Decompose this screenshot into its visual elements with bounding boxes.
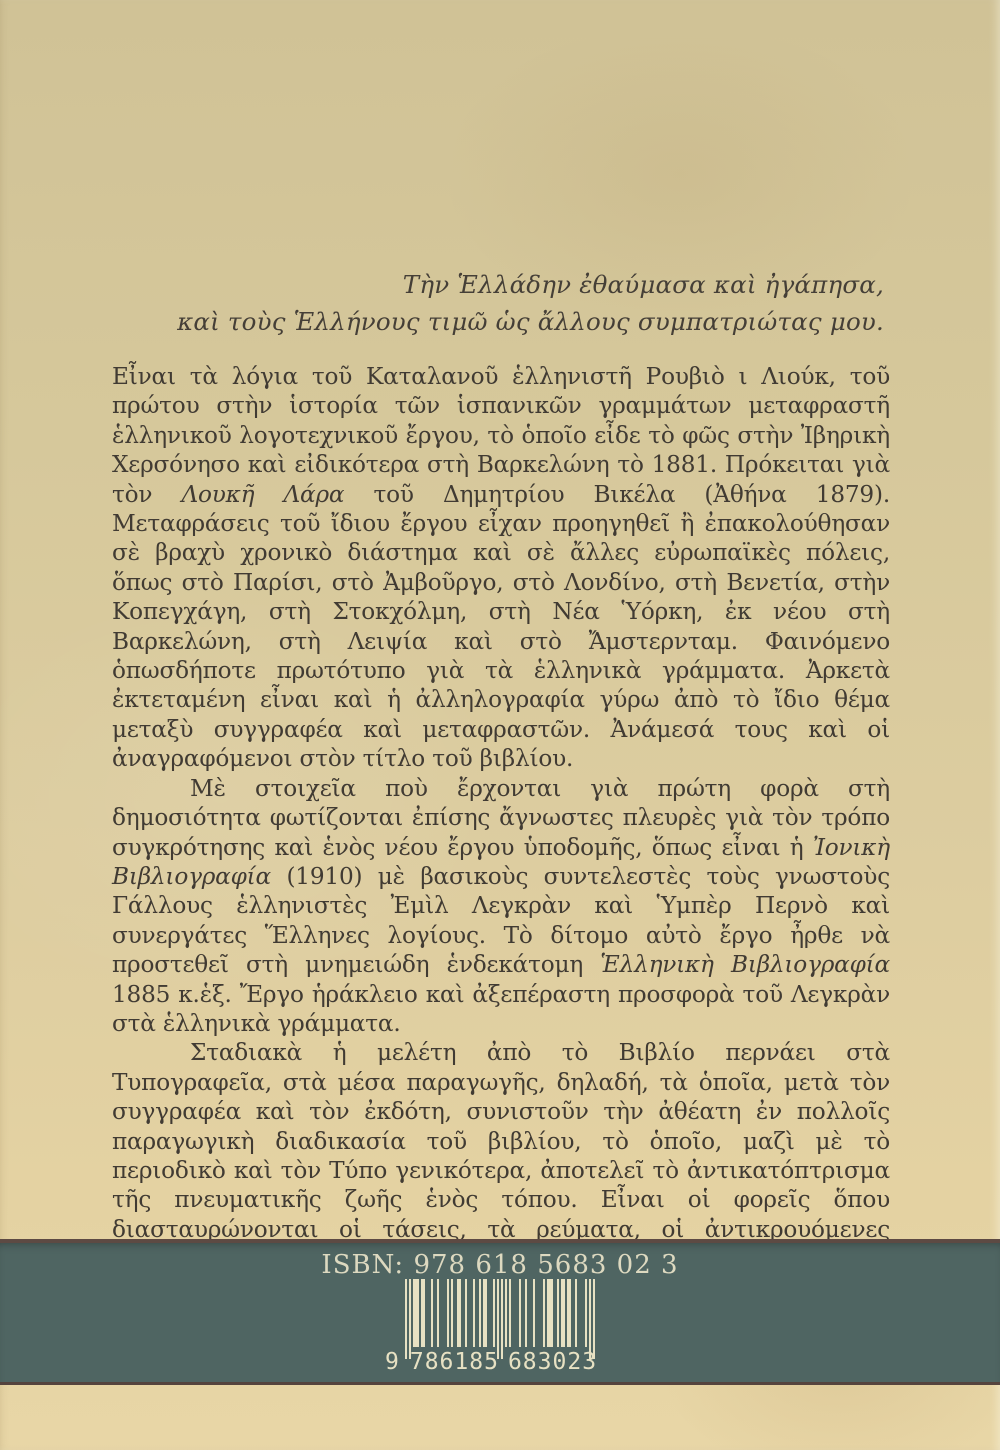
paragraph: Εἶναι τὰ λόγια τοῦ Καταλανοῦ ἑλληνιστῆ Ρ… — [112, 362, 890, 774]
barcode-bar — [519, 1279, 521, 1347]
epigraph-line-2: καὶ τοὺς Ἑλλήνους τιμῶ ὡς ἄλλους συμπατρ… — [120, 303, 884, 340]
barcode-digits-left: 786185 — [410, 1347, 499, 1377]
barcode-bar — [459, 1279, 461, 1347]
text-run: 1885 κ.ἑξ. Ἔργο ἡράκλειο καὶ ἀξεπέραστη … — [112, 981, 890, 1037]
barcode-digit-first: 9 — [385, 1347, 400, 1377]
epigraph-line-1: Τὴν Ἑλλάδην ἐθαύμασα καὶ ἠγάπησα, — [120, 266, 884, 303]
barcode-digits: 9 786185 683023 — [385, 1347, 615, 1377]
isbn-band: ISBN: 978 618 5683 02 3 9 786185 683023 — [0, 1239, 1000, 1385]
barcode-bar — [525, 1279, 527, 1347]
barcode-bar — [533, 1279, 535, 1347]
barcode-bar — [509, 1279, 511, 1347]
barcode-bar — [551, 1279, 553, 1347]
barcode-bar — [465, 1279, 467, 1347]
barcode-bar — [437, 1279, 439, 1347]
body-text: Εἶναι τὰ λόγια τοῦ Καταλανοῦ ἑλληνιστῆ Ρ… — [112, 362, 890, 1303]
barcode-bar — [585, 1279, 587, 1347]
barcode-bar — [417, 1279, 419, 1347]
text-run: τοῦ Δημητρίου Βικέλα (Ἀθήνα 1879). Μεταφ… — [112, 481, 890, 773]
barcode-bar — [505, 1279, 507, 1347]
barcode-bar — [423, 1279, 425, 1347]
barcode-bar — [569, 1279, 571, 1347]
barcode-bar — [473, 1279, 475, 1347]
barcode-bar — [447, 1279, 449, 1347]
barcode-bar — [563, 1279, 565, 1347]
epigraph: Τὴν Ἑλλάδην ἐθαύμασα καὶ ἠγάπησα, καὶ το… — [120, 266, 884, 340]
book-title-italic: Λουκῆ Λάρα — [181, 481, 344, 508]
paragraph: Μὲ στοιχεῖα ποὺ ἔρχονται γιὰ πρώτη φορὰ … — [112, 774, 890, 1039]
barcode-bar — [543, 1279, 545, 1347]
barcode-bar — [557, 1279, 559, 1347]
barcode-bar — [493, 1279, 495, 1347]
barcode-wrap: 9 786185 683023 — [405, 1279, 595, 1381]
barcode-bar — [451, 1279, 453, 1347]
isbn-text: ISBN: 978 618 5683 02 3 — [0, 1250, 1000, 1280]
barcode-bar — [485, 1279, 487, 1347]
book-title-italic: Ἑλληνικὴ Βιβλιογραφία — [600, 951, 890, 978]
text-run: Μὲ στοιχεῖα ποὺ ἔρχονται γιὰ πρώτη φορὰ … — [112, 775, 890, 861]
barcode-bar — [575, 1279, 577, 1347]
barcode-bar — [479, 1279, 481, 1347]
barcode-bar — [431, 1279, 433, 1347]
barcode-digits-right: 683023 — [508, 1347, 597, 1377]
book-back-cover: Τὴν Ἑλλάδην ἐθαύμασα καὶ ἠγάπησα, καὶ το… — [0, 0, 1000, 1450]
